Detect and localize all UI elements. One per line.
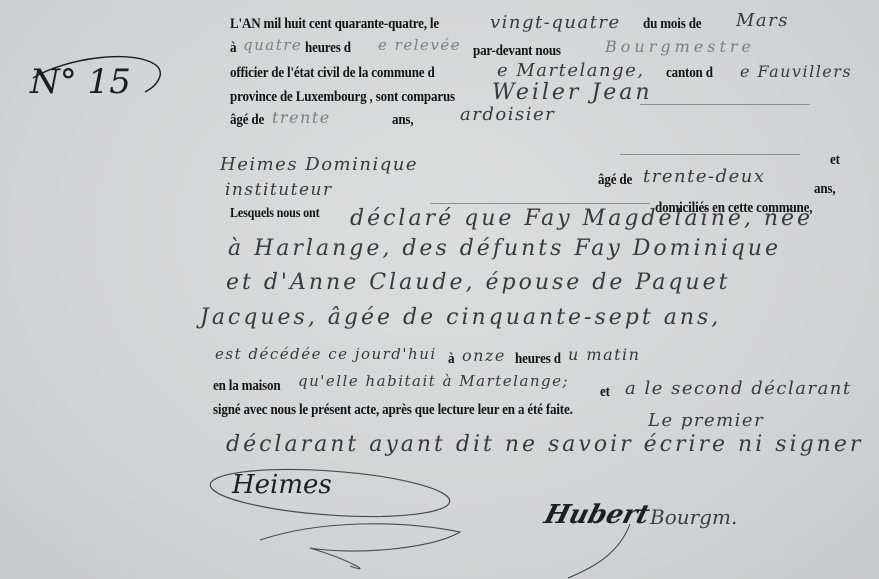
fill-line bbox=[620, 154, 800, 155]
handwritten-declaration: Jacques, âgée de cinquante-sept ans, bbox=[200, 305, 721, 330]
handwritten-hour: quatre bbox=[243, 36, 302, 54]
signature-officer-title: Bourgm. bbox=[650, 505, 737, 529]
printed-text: heures d bbox=[305, 40, 351, 57]
handwritten-death-text: est décédée ce jourd'hui bbox=[215, 345, 437, 363]
printed-text: Lesquels nous ont bbox=[230, 205, 319, 221]
handwritten-declaration: et d'Anne Claude, épouse de Paquet bbox=[226, 270, 730, 295]
printed-text: âgé de bbox=[230, 112, 264, 129]
handwritten-commune: e Martelange, bbox=[497, 60, 645, 81]
printed-text: à bbox=[448, 351, 454, 368]
printed-text: et bbox=[830, 152, 840, 169]
handwritten-age-1: trente bbox=[272, 108, 331, 127]
handwritten-declarant-2: Heimes Dominique bbox=[220, 154, 418, 175]
handwritten-profession-2: instituteur bbox=[225, 180, 333, 200]
printed-text: ans, bbox=[814, 181, 835, 198]
handwritten-place: qu'elle habitait à Martelange; bbox=[298, 372, 569, 390]
printed-text: ans, bbox=[392, 112, 413, 129]
fill-line bbox=[640, 104, 810, 105]
handwritten-period: u matin bbox=[568, 345, 640, 364]
handwritten-declarant-1: Weiler Jean bbox=[492, 80, 653, 105]
printed-text: officier de l'état civil de la commune d bbox=[230, 65, 435, 82]
printed-text: par-devant nous bbox=[473, 43, 561, 60]
handwritten-canton: e Fauvillers bbox=[740, 62, 852, 81]
printed-text: heures d bbox=[515, 351, 561, 368]
record-number-flourish-icon bbox=[25, 48, 165, 98]
printed-text: signé avec nous le présent acte, après q… bbox=[213, 402, 573, 419]
handwritten-period: e relevée bbox=[378, 36, 461, 54]
document-page: N° 15 L'AN mil huit cent quarante-quatre… bbox=[0, 0, 879, 579]
handwritten-signing-note: Le premier bbox=[648, 410, 764, 431]
printed-text: et bbox=[600, 384, 610, 401]
handwritten-signing-note: a le second déclarant bbox=[625, 378, 852, 399]
handwritten-declaration: à Harlange, des défunts Fay Dominique bbox=[228, 236, 781, 261]
printed-text: province de Luxembourg , sont comparus bbox=[230, 89, 455, 106]
handwritten-profession-1: ardoisier bbox=[460, 104, 555, 125]
printed-text: du mois de bbox=[643, 16, 701, 33]
signature-declarant: Heimes bbox=[232, 470, 332, 500]
fill-line bbox=[430, 203, 650, 204]
handwritten-title: Bourgmestre bbox=[605, 37, 755, 56]
handwritten-declaration: déclaré que Fay Magdelaine, née bbox=[350, 206, 813, 231]
printed-text: en la maison bbox=[213, 378, 280, 395]
handwritten-hour: onze bbox=[462, 346, 506, 365]
printed-text: L'AN mil huit cent quarante-quatre, le bbox=[230, 16, 439, 33]
handwritten-month: Mars bbox=[736, 10, 789, 31]
signature-underline-icon bbox=[560, 520, 640, 579]
printed-text: canton d bbox=[666, 65, 713, 82]
printed-text: âgé de bbox=[598, 172, 632, 189]
handwritten-age-2: trente-deux bbox=[643, 166, 765, 187]
handwritten-day: vingt-quatre bbox=[490, 12, 621, 33]
printed-text: à bbox=[230, 40, 236, 57]
handwritten-signing-note: déclarant ayant dit ne savoir écrire ni … bbox=[226, 432, 863, 457]
